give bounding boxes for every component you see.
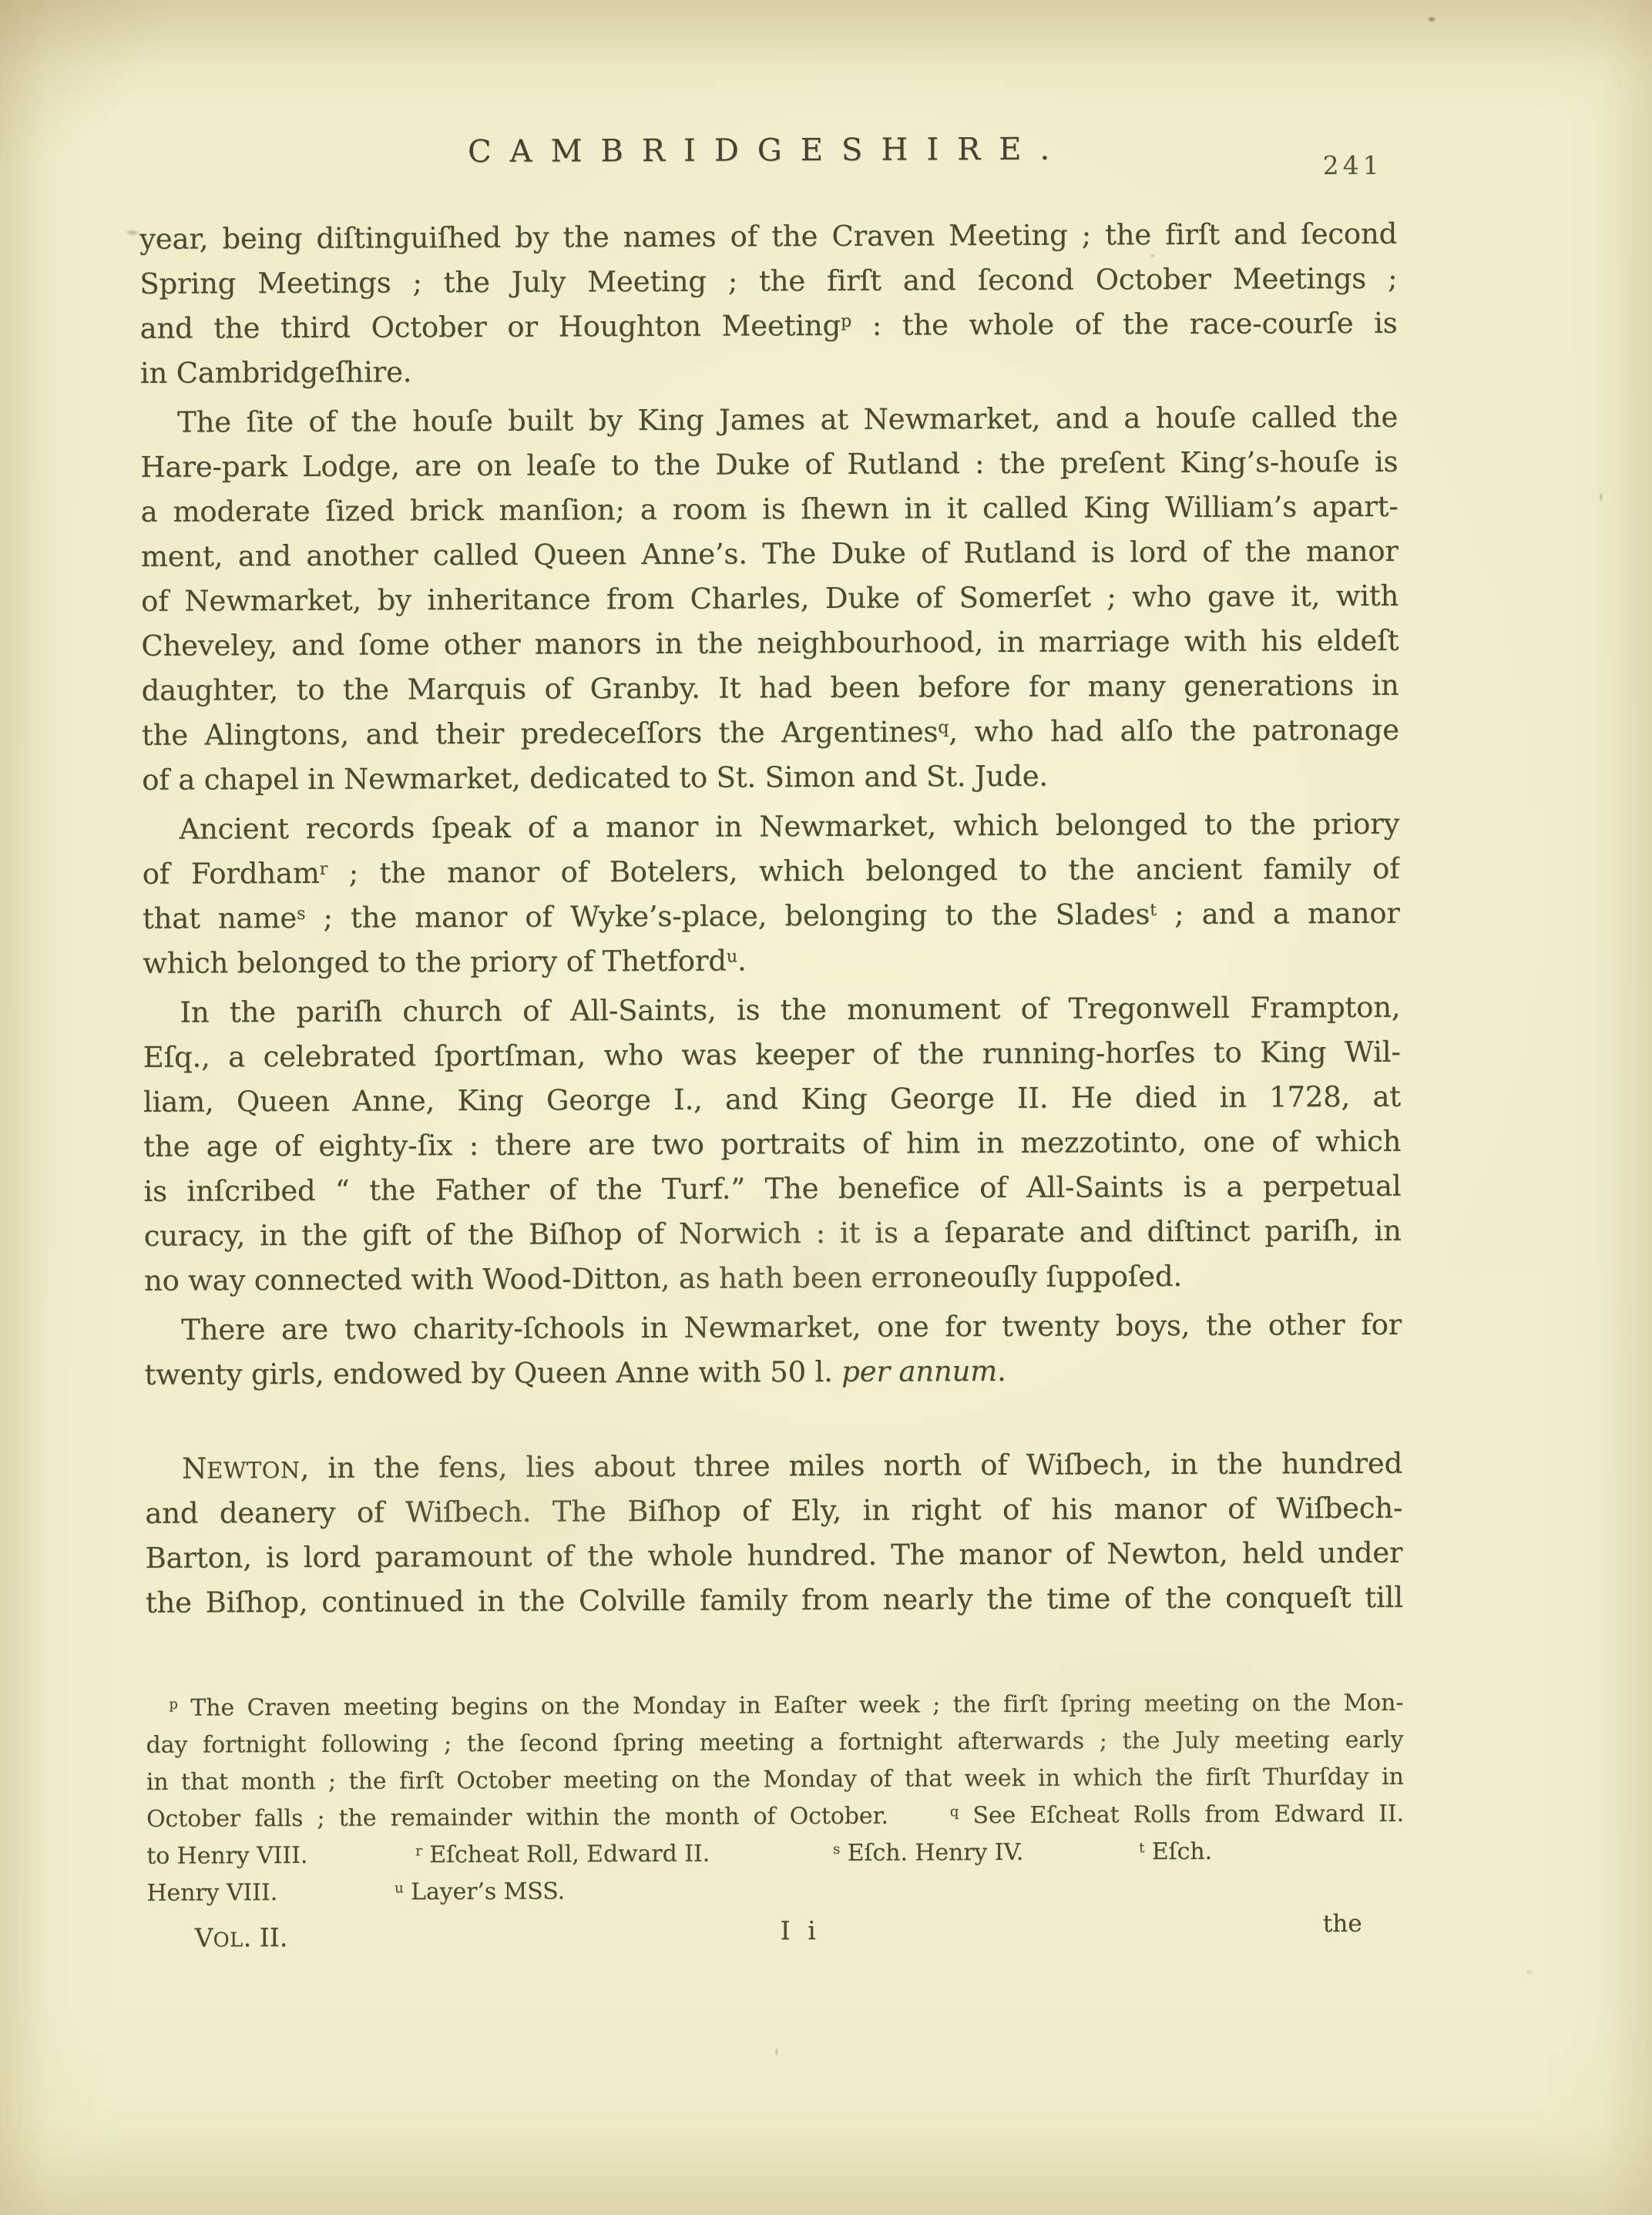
footnote-marker: q [950,1804,959,1820]
spacer [307,1861,415,1863]
text-run: ; the manor of Botelers, which belonged … [327,852,1400,890]
text-line: Henry VIII.u Layer’s MSS. [146,1870,1404,1912]
text-run: N [182,1452,206,1485]
scanned-book-page: { "document": { "header": { "title": "CA… [0,0,1652,2215]
signature-mark: I i [781,1915,821,1945]
text-run: October falls ; the remainder within the… [146,1803,888,1833]
text-line: and deanery of Wiſbech. The Biſhop of El… [145,1486,1402,1536]
text-column: CAMBRIDGESHIRE. 241 year, being diſtingu… [139,0,1396,3]
footnote-marker: t [1139,1840,1144,1856]
text-run: to Henry VIII. [146,1842,307,1870]
text-line: that names ; the manor of Wyke’s-place, … [143,891,1400,941]
text-run: of Fordham [143,857,320,891]
text-run: . [997,1354,1006,1388]
text-run: and the third October or Houghton Meetin… [139,309,841,345]
text-run: of Newmarket, by inheritance from Charle… [141,579,1398,618]
running-header: CAMBRIDGESHIRE. [139,130,1396,171]
spacer [1023,1858,1139,1860]
footnote-marker: p [169,1696,178,1713]
text-run: : the whole of the race-courſe is [851,307,1398,342]
text-line: day fortnight following ; the ſecond ſpr… [146,1722,1404,1764]
text-run: a moderate ſized brick manſion; a room i… [141,490,1398,529]
text-line: The ſite of the houſe built by King Jame… [140,395,1398,445]
text-line: the Alingtons, and their predeceſſors th… [142,708,1399,758]
text-line: p The Craven meeting begins on the Monda… [146,1685,1403,1727]
text-run: in that month ; the firſt October meetin… [146,1764,1404,1796]
text-run: Eſcheat Roll, Edward II. [422,1841,710,1869]
text-line: of Newmarket, by inheritance from Charle… [141,574,1398,624]
footnotes-section: p The Craven meeting begins on the Monda… [146,1685,1404,1912]
text-line: no way connected with Wood-Ditton, as ha… [144,1253,1402,1304]
footnote-marker: u [727,946,737,966]
text-run: The ſite of the houſe built by King Jame… [177,401,1398,439]
page-footer: VOL. II. I i the [147,1913,1405,1958]
text-line: Barton, is lord paramount of the whole h… [145,1531,1402,1581]
page: CAMBRIDGESHIRE. 241 year, being diſtingu… [0,0,1652,2215]
text-run: In the pariſh church of All-Saints, is t… [180,991,1400,1029]
text-run: Hare-park Lodge, are on leaſe to the Duk… [140,445,1398,484]
footnote-marker: u [395,1880,404,1896]
text-line: Eſq., a celebrated ſportſman, who was ke… [143,1030,1401,1080]
spacer [277,1898,395,1900]
text-run: V [195,1922,213,1952]
text-line: twenty girls, endowed by Queen Anne with… [144,1347,1402,1398]
footnote-marker: s [297,904,305,924]
text-line: curacy, in the gift of the Biſhop of Nor… [144,1209,1402,1259]
text-run: curacy, in the gift of the Biſhop of Nor… [144,1214,1402,1253]
body-text: year, being diſtinguiſhed by the names o… [139,212,1403,1626]
spacer [710,1860,833,1861]
text-run: Layer’s MSS. [404,1878,565,1905]
text-run: in Cambridgeſhire. [140,355,412,390]
text-run: Henry VIII. [146,1879,277,1907]
text-line: ment, and another called Queen Anne’s. T… [141,529,1398,579]
footnote-marker: r [320,859,328,879]
italic-text: per annum [841,1354,997,1388]
text-line: Cheveley, and ſome other manors in the n… [141,619,1398,669]
text-line: to Henry VIII.r Eſcheat Roll, Edward II.… [146,1833,1404,1875]
text-run: Eſch. [1144,1838,1212,1865]
spacer [888,1822,950,1823]
text-run: . II. [243,1922,288,1952]
text-run: Cheveley, and ſome other manors in the n… [141,624,1398,663]
page-title: CAMBRIDGESHIRE. [468,132,1068,169]
text-run: liam, Queen Anne, King George I., and Ki… [143,1080,1401,1119]
text-line: the age of eighty-ſix : there are two po… [143,1119,1401,1170]
text-run: Eſch. Henry IV. [840,1839,1023,1867]
footnote-marker: t [1150,900,1157,920]
text-line: Ancient records ſpeak of a manor in Newm… [142,802,1399,852]
text-line: October falls ; the remainder within the… [146,1796,1404,1838]
text-line: in that month ; the firſt October meetin… [146,1759,1404,1801]
text-run: of a chapel in Newmarket, dedicated to S… [142,760,1048,797]
text-run: that name [143,901,297,935]
text-line: NEWTON, in the fens, lies about three mi… [145,1441,1402,1492]
text-run: which belonged to the priory of Thetford [143,945,727,980]
text-run: There are two charity-ſchools in Newmark… [181,1308,1402,1347]
text-run: Eſq., a celebrated ſportſman, who was ke… [143,1035,1401,1074]
text-line: a moderate ſized brick manſion; a room i… [140,485,1398,535]
text-run: ment, and another called Queen Anne’s. T… [141,535,1398,573]
text-run: , who had alſo the patronage [949,713,1399,749]
text-line: In the pariſh church of All-Saints, is t… [143,985,1400,1035]
text-run: . [737,944,747,977]
text-line: liam, Queen Anne, King George I., and Ki… [143,1075,1401,1125]
footnote-marker: q [938,717,949,737]
text-run: the Biſhop, continued in the Colville fa… [146,1581,1403,1619]
text-run: ; and a manor [1157,897,1400,931]
footnote-marker: p [841,311,851,331]
text-line: Hare-park Lodge, are on leaſe to the Duk… [140,440,1398,490]
text-run: daughter, to the Marquis of Granby. It h… [142,669,1399,707]
text-run: the age of eighty-ſix : there are two po… [143,1125,1401,1163]
text-run: and deanery of Wiſbech. The Biſhop of El… [145,1492,1402,1530]
text-line: in Cambridgeſhire. [140,346,1398,396]
small-caps-text: EWTON [206,1457,301,1484]
text-line: year, being diſtinguiſhed by the names o… [139,212,1397,262]
volume-label: VOL. II. [195,1922,288,1953]
text-line: the Biſhop, continued in the Colville fa… [146,1576,1403,1626]
page-number: 241 [1323,150,1383,180]
catchword: the [1323,1910,1362,1938]
text-run: day fortnight following ; the ſecond ſpr… [146,1727,1404,1759]
text-run: Ancient records ſpeak of a manor in Newm… [179,807,1399,846]
text-run: Spring Meetings ; the July Meeting ; the… [139,262,1397,300]
text-run: Barton, is lord paramount of the whole h… [145,1536,1402,1575]
text-run: is inſcribed “ the Father of the Turf.” … [143,1170,1401,1208]
text-line: of a chapel in Newmarket, dedicated to S… [142,753,1399,803]
text-run: See Eſcheat Rolls from Edward II. [959,1801,1404,1830]
footnote-marker: s [833,1841,840,1858]
text-line: is inſcribed “ the Father of the Turf.” … [143,1164,1401,1214]
text-line: and the third October or Houghton Meetin… [139,301,1397,351]
text-run: The Craven meeting begins on the Monday … [178,1690,1404,1722]
text-line: daughter, to the Marquis of Granby. It h… [142,663,1399,713]
text-run: year, being diſtinguiſhed by the names o… [139,217,1397,256]
text-run: no way connected with Wood-Ditton, as ha… [144,1260,1182,1297]
text-line: which belonged to the priory of Thetford… [143,936,1400,986]
text-line: Spring Meetings ; the July Meeting ; the… [139,257,1397,307]
small-caps-text: OL [213,1928,243,1952]
text-line: There are two charity-ſchools in Newmark… [144,1303,1402,1353]
footnote-marker: r [415,1843,422,1859]
text-run: twenty girls, endowed by Queen Anne with… [144,1355,841,1391]
text-run: the Alingtons, and their predeceſſors th… [142,715,938,752]
text-run: ; the manor of Wyke’s-place, belonging t… [305,898,1150,935]
text-run: , in the fens, lies about three miles no… [301,1447,1403,1485]
text-line: of Fordhamr ; the manor of Botelers, whi… [143,847,1400,897]
